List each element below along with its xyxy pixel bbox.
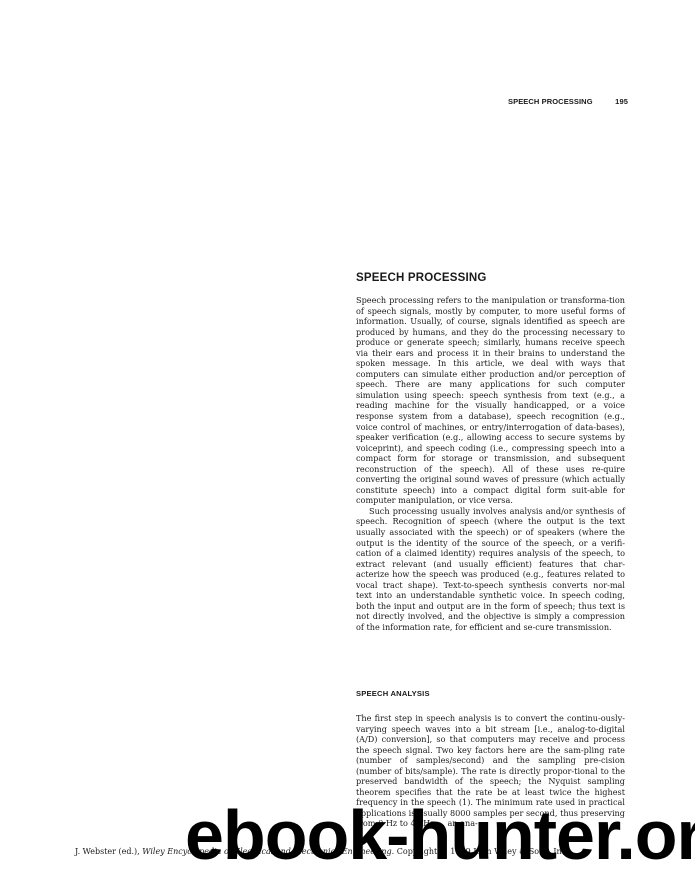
intro-text: Speech processing refers to the manipula… [356,295,625,633]
intro-paragraph-2: Such processing usually involves analysi… [356,506,625,633]
running-head: SPEECH PROCESSING 195 [508,97,628,106]
intro-paragraph-1: Speech processing refers to the manipula… [356,295,625,506]
page-number: 195 [615,97,628,106]
section-heading-speech-analysis: SPEECH ANALYSIS [356,689,430,698]
watermark: ebook-hunter.org [185,800,695,870]
running-head-title: SPEECH PROCESSING [508,97,593,106]
citation-prefix: J. Webster (ed.), [75,847,142,856]
article-title: SPEECH PROCESSING [356,272,487,284]
